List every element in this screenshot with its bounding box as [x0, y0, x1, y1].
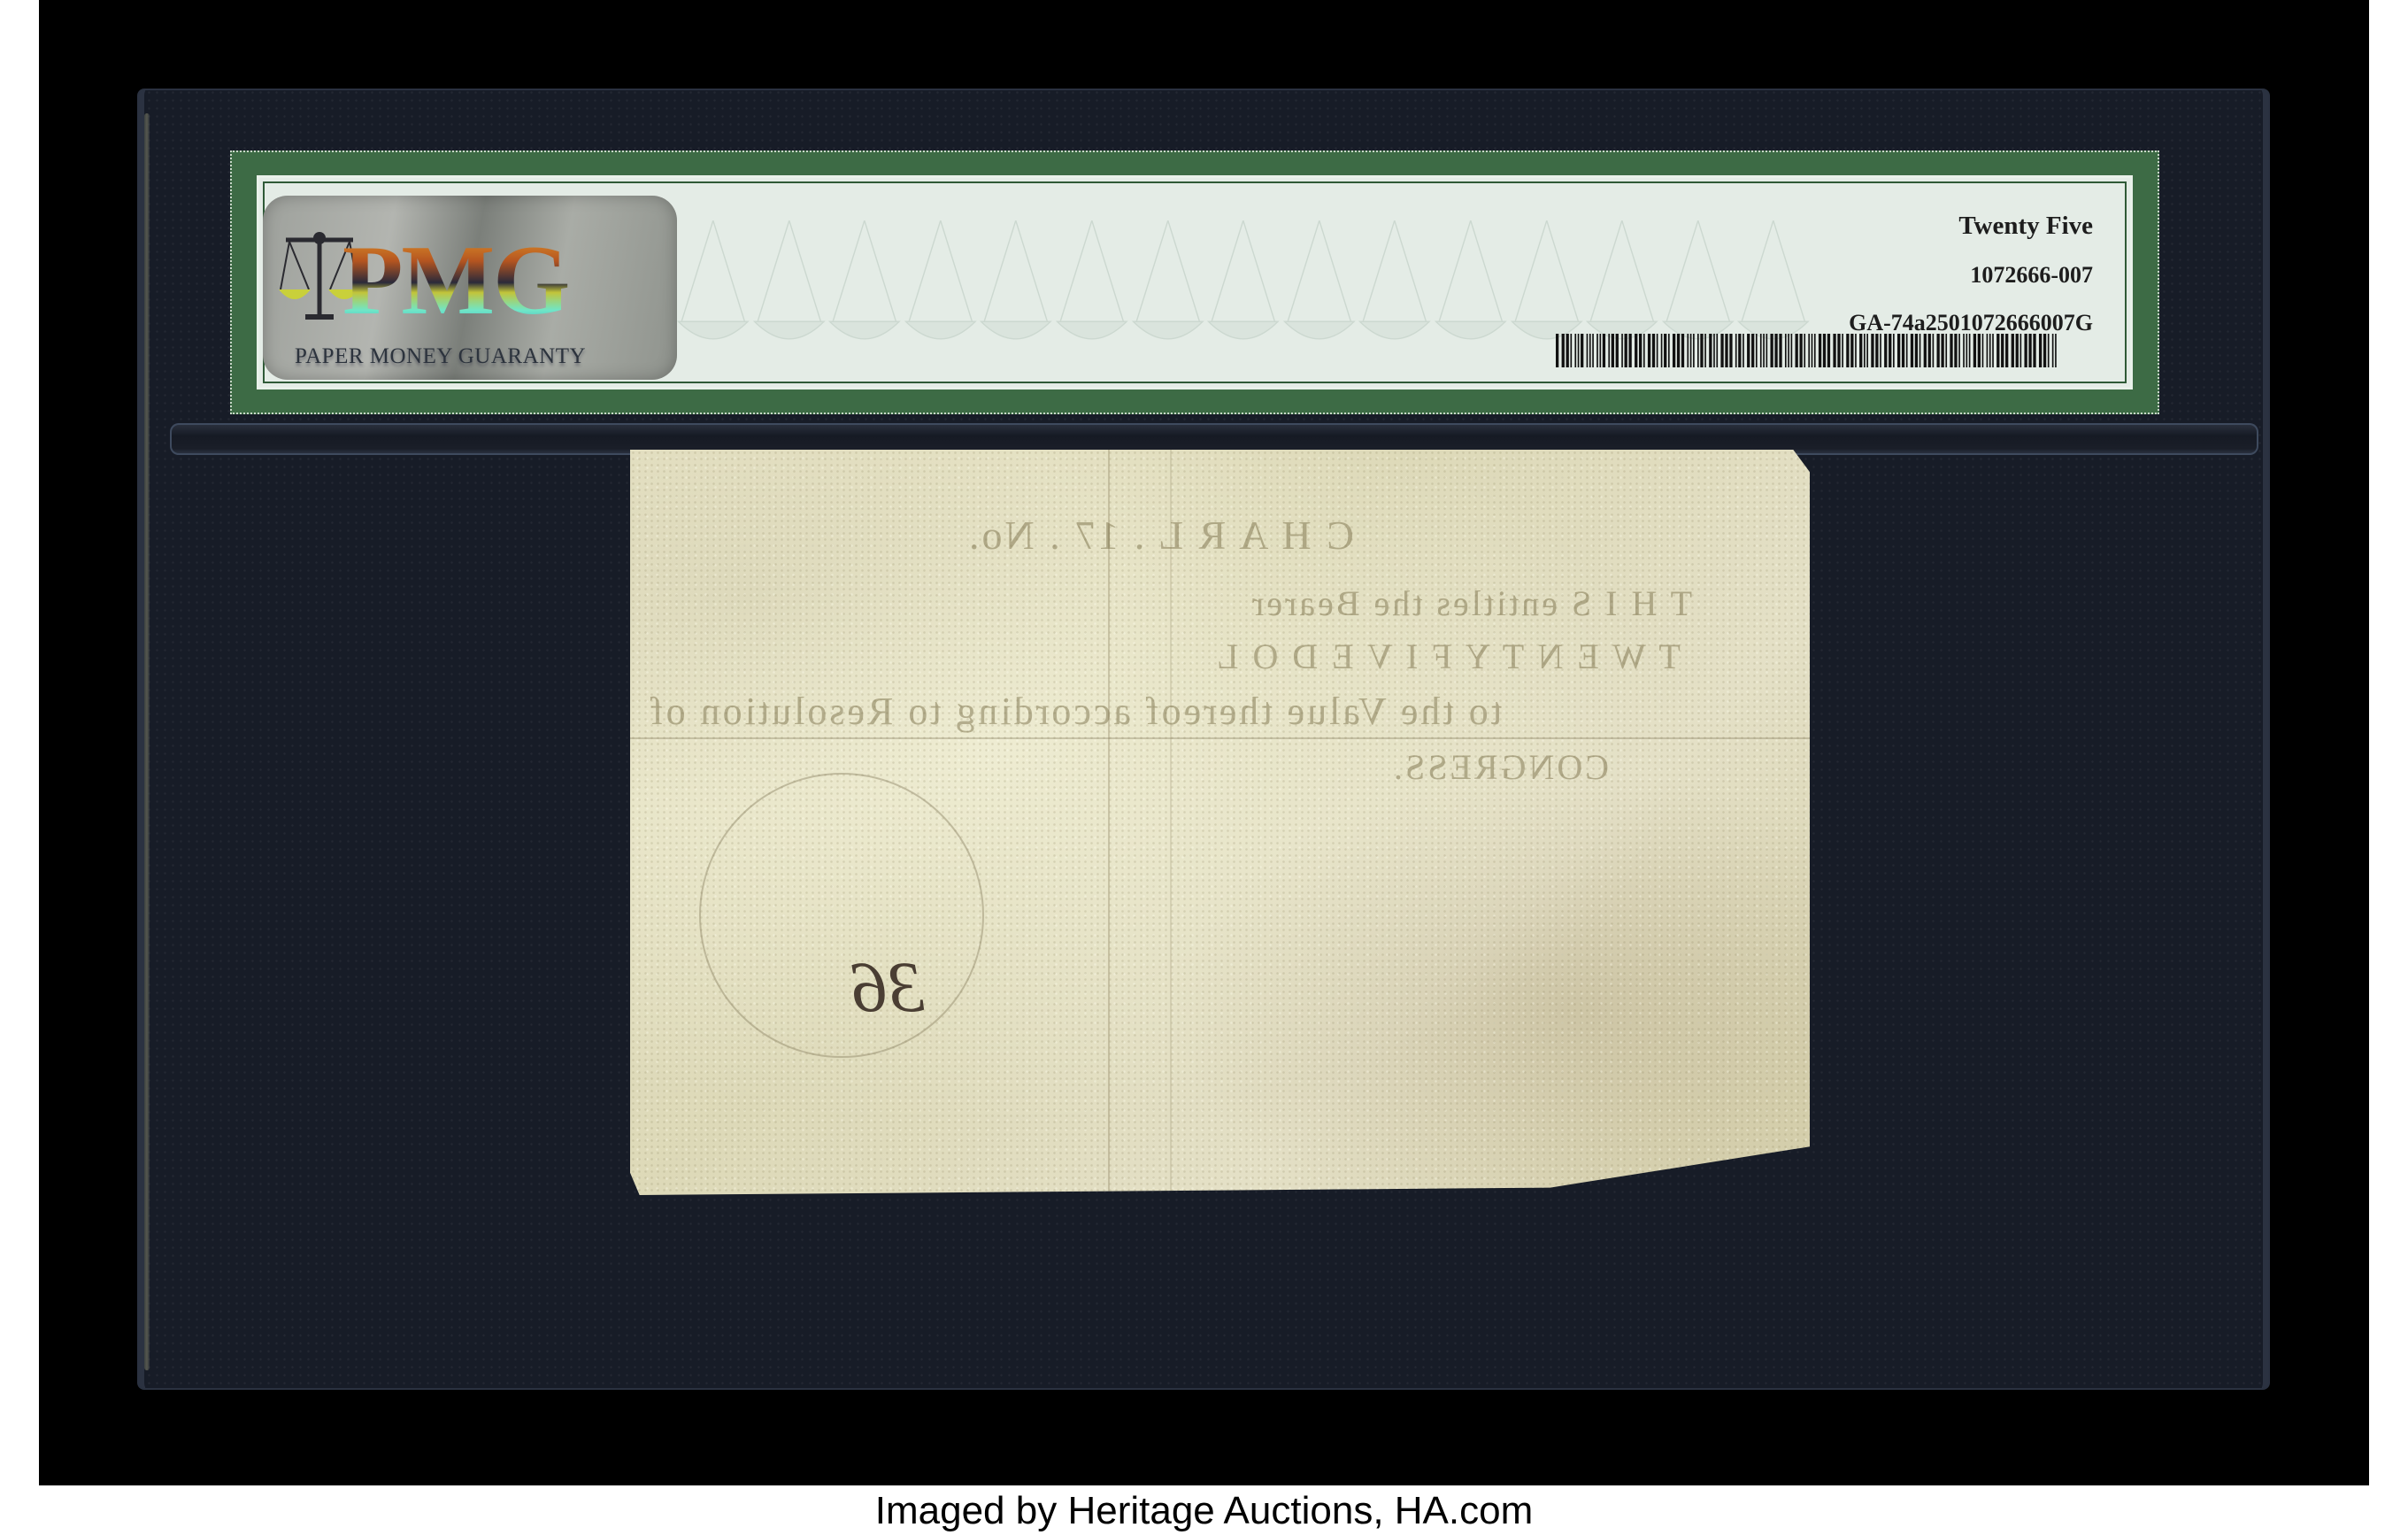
showthrough-text: C H A R L . 17 . No. — [966, 512, 1354, 559]
pmg-label: PMG PAPER MONEY GUARANTY Twenty Five 107… — [230, 150, 2159, 414]
label-info: Twenty Five 1072666-007 GA-74a2501072666… — [1849, 194, 2093, 335]
watermark-scale-icon — [978, 194, 1054, 380]
banknote-back: C H A R L . 17 . No. T H I S entitles th… — [630, 450, 1810, 1195]
denomination: Twenty Five — [1849, 213, 2093, 239]
watermark-scale-icon — [751, 194, 827, 380]
watermark-scale-icon — [1433, 194, 1509, 380]
label-panel: PMG PAPER MONEY GUARANTY Twenty Five 107… — [257, 175, 2133, 390]
watermark-scale-icon — [827, 194, 903, 380]
catalog-code: GA-74a2501072666007G — [1849, 312, 2093, 335]
fold-line — [1108, 450, 1110, 1195]
showthrough-text: CONGRESS. — [1391, 746, 1609, 788]
watermark-scale-icon — [1357, 194, 1433, 380]
embossed-seal — [699, 773, 984, 1058]
fold-line — [1170, 450, 1172, 1195]
watermark-scale-icon — [1281, 194, 1358, 380]
certification-number: 1072666-007 — [1849, 264, 2093, 287]
showthrough-text: T W E N T Y F I V E D O L — [1214, 636, 1681, 677]
watermark-scale-icon — [1130, 194, 1206, 380]
pmg-logo: PMG — [342, 231, 568, 330]
showthrough-text: T H I S entitles the Bearer — [1250, 582, 1692, 624]
barcode — [1556, 334, 2093, 367]
handwritten-mark: 36 — [851, 945, 924, 1029]
pmg-tagline: PAPER MONEY GUARANTY — [295, 344, 586, 369]
watermark-scale-icon — [1205, 194, 1281, 380]
holder-edge — [144, 113, 150, 1370]
fold-line — [630, 737, 1810, 739]
pmg-hologram: PMG PAPER MONEY GUARANTY — [263, 196, 677, 380]
watermark-scale-icon — [903, 194, 979, 380]
watermark-scale-icon — [675, 194, 751, 380]
image-credit-caption: Imaged by Heritage Auctions, HA.com — [0, 1487, 2408, 1535]
watermark-scale-icon — [1054, 194, 1130, 380]
showthrough-text: to the Value thereof according to Resolu… — [648, 689, 1502, 734]
